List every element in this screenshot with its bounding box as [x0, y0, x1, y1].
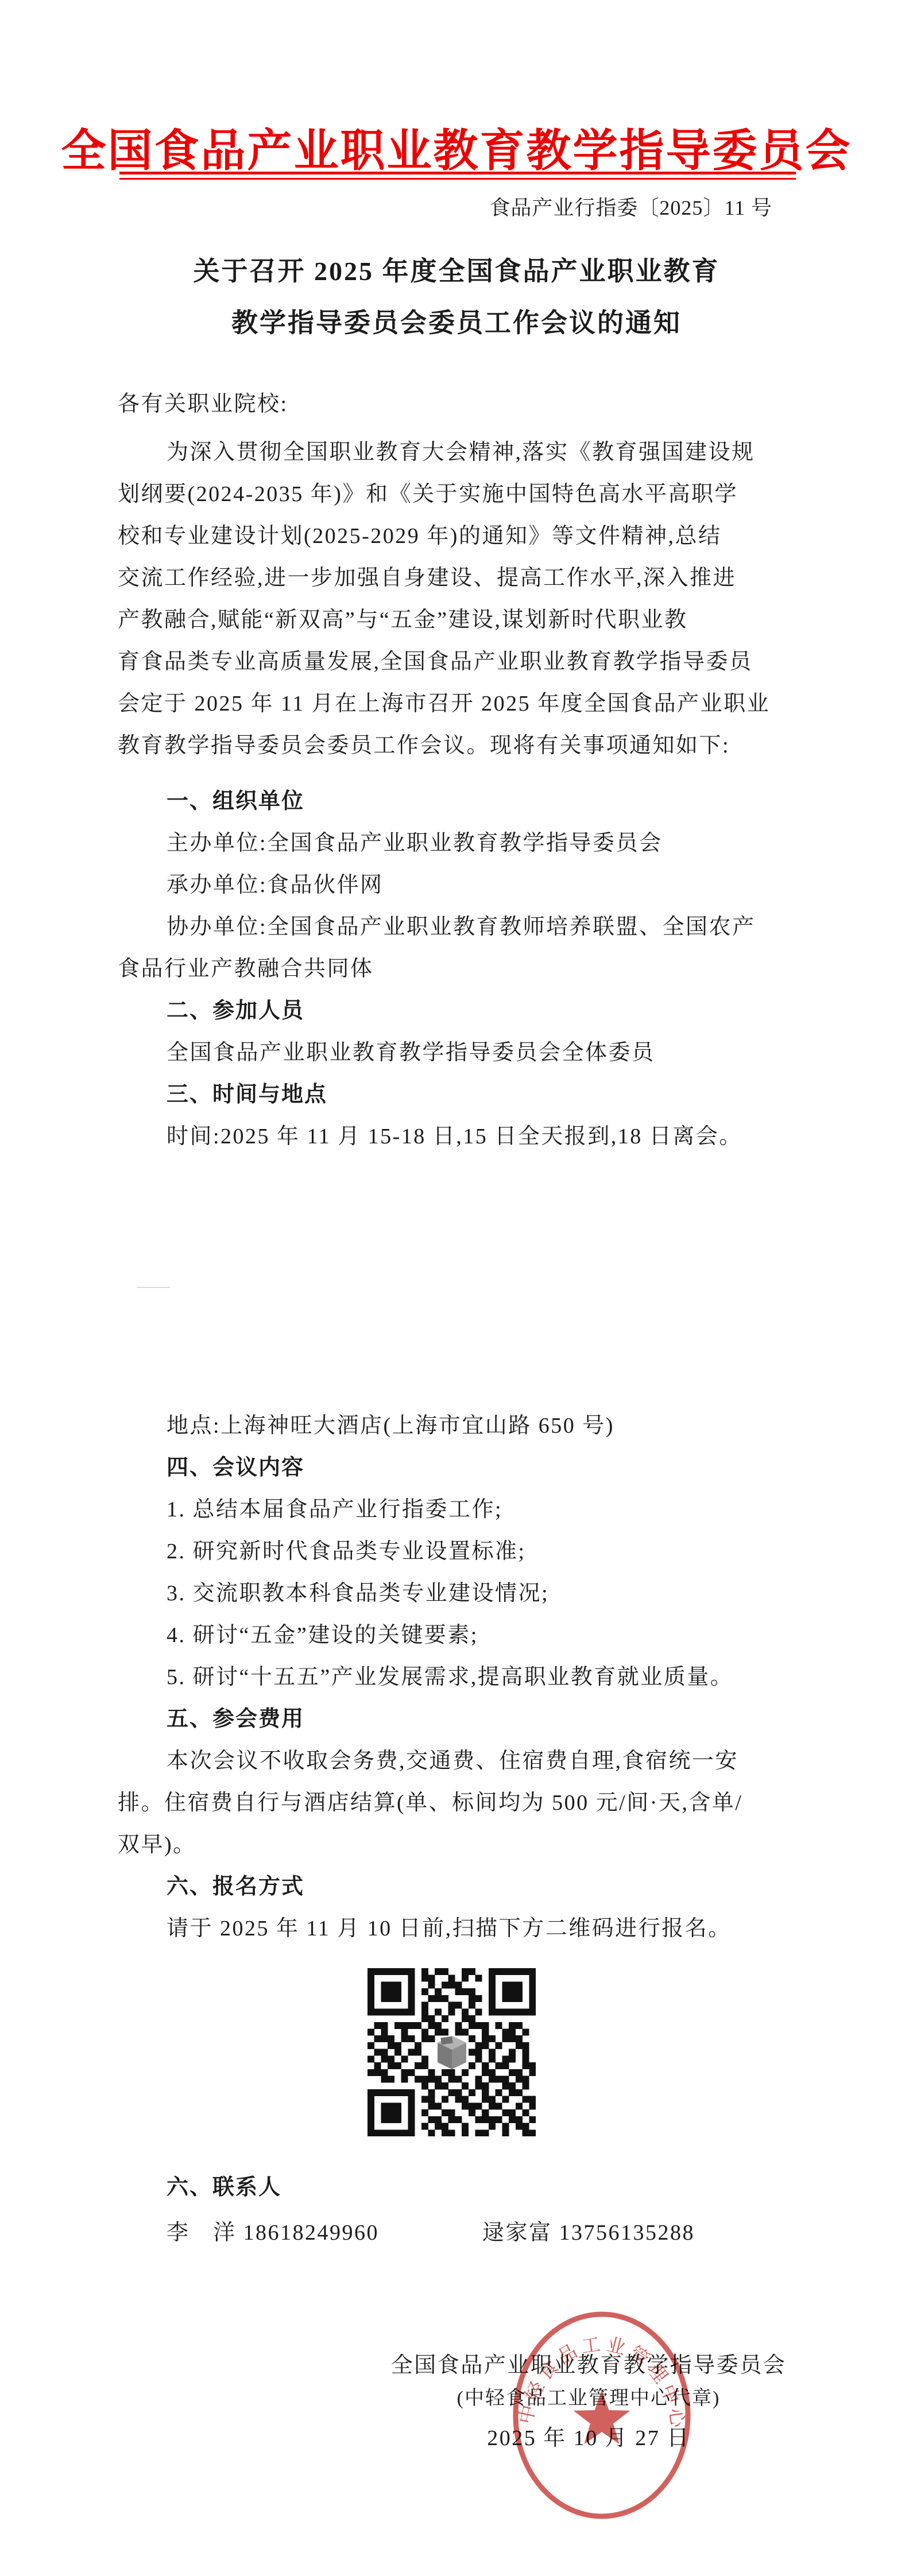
section-heading-agenda: 四、会议内容	[167, 1449, 304, 1481]
notice-title-line2: 教学指导委员会委员工作会议的通知	[0, 302, 913, 340]
letterhead-org-title: 全国食品产业职业教育教学指导委员会	[0, 115, 913, 179]
contact-person-2: 逯家富 13756135288	[482, 2214, 695, 2246]
contact-person-1: 李 洋 18618249960	[167, 2214, 379, 2246]
letterhead-rule-thin	[119, 178, 796, 180]
fee-line: 双早)。	[118, 1826, 196, 1858]
intro-line: 交流工作经验,进一步加强自身建设、提高工作水平,深入推进	[118, 560, 736, 591]
section-heading-fees: 五、参会费用	[167, 1701, 304, 1732]
co-organizer-line2: 食品行业产教融合共同体	[118, 951, 374, 982]
host-unit-line: 主办单位:全国食品产业职业教育教学指导委员会	[167, 825, 663, 856]
notice-title-line1: 关于召开 2025 年度全国食品产业职业教育	[0, 250, 913, 288]
intro-line: 产教融合,赋能“新双高”与“五金”建设,谋划新时代职业教	[118, 602, 687, 633]
agenda-item: 5. 研讨“十五五”产业发展需求,提高职业教育就业质量。	[167, 1659, 733, 1690]
section-heading-participants: 二、参加人员	[167, 992, 304, 1024]
signup-line: 请于 2025 年 11 月 10 日前,扫描下方二维码进行报名。	[167, 1910, 732, 1942]
seal-star-icon	[574, 2390, 630, 2444]
qr-center-logo-icon	[433, 2030, 471, 2074]
section-heading-contacts: 六、联系人	[167, 2169, 281, 2201]
section-heading-time-place: 三、时间与地点	[167, 1076, 327, 1108]
salutation: 各有关职业院校:	[118, 386, 288, 417]
intro-line: 育食品类专业高质量发展,全国食品产业职业教育教学指导委员	[118, 643, 753, 675]
agenda-item: 2. 研究新时代食品类专业设置标准;	[167, 1533, 526, 1565]
organizer-unit-line: 承办单位:食品伙伴网	[167, 867, 384, 898]
intro-line: 为深入贯彻全国职业教育大会精神,落实《教育强国建设规	[167, 434, 755, 465]
intro-line: 教育教学指导委员会委员工作会议。现将有关事项通知如下:	[118, 727, 730, 759]
section-heading-organizers: 一、组织单位	[167, 783, 304, 814]
qr-code	[367, 1968, 536, 2136]
participants-line: 全国食品产业职业教育教学指导委员会全体委员	[167, 1034, 655, 1066]
page-break-artifact	[137, 1287, 170, 1288]
venue-line: 地点:上海神旺大酒店(上海市宜山路 650 号)	[167, 1407, 614, 1439]
agenda-item: 1. 总结本届食品产业行指委工作;	[167, 1491, 502, 1523]
intro-line: 会定于 2025 年 11 月在上海市召开 2025 年度全国食品产业职业	[118, 685, 770, 717]
section-heading-signup: 六、报名方式	[167, 1868, 304, 1900]
official-seal-stamp: 中轻食品工业管理中心	[509, 2307, 695, 2523]
intro-line: 划纲要(2024-2035 年)》和《关于实施中国特色高水平高职学	[118, 476, 738, 507]
fee-line: 排。住宿费自行与酒店结算(单、标间均为 500 元/间·天,含单/	[118, 1784, 742, 1816]
letterhead-rule-thick	[119, 172, 796, 174]
intro-line: 校和专业建设计划(2025-2029 年)的通知》等文件精神,总结	[118, 518, 721, 549]
agenda-item: 3. 交流职教本科食品类专业建设情况;	[167, 1575, 549, 1607]
doc-number: 食品产业行指委〔2025〕11 号	[489, 192, 772, 221]
fee-line: 本次会议不收取会务费,交通费、住宿费自理,食宿统一安	[167, 1743, 738, 1774]
time-line: 时间:2025 年 11 月 15-18 日,15 日全天报到,18 日离会。	[167, 1118, 742, 1150]
co-organizer-line1: 协办单位:全国食品产业职业教育教师培养联盟、全国农产	[167, 909, 756, 940]
agenda-item: 4. 研讨“五金”建设的关键要素;	[167, 1617, 478, 1648]
document-page: 全国食品产业职业教育教学指导委员会 食品产业行指委〔2025〕11 号 关于召开…	[0, 0, 913, 2576]
